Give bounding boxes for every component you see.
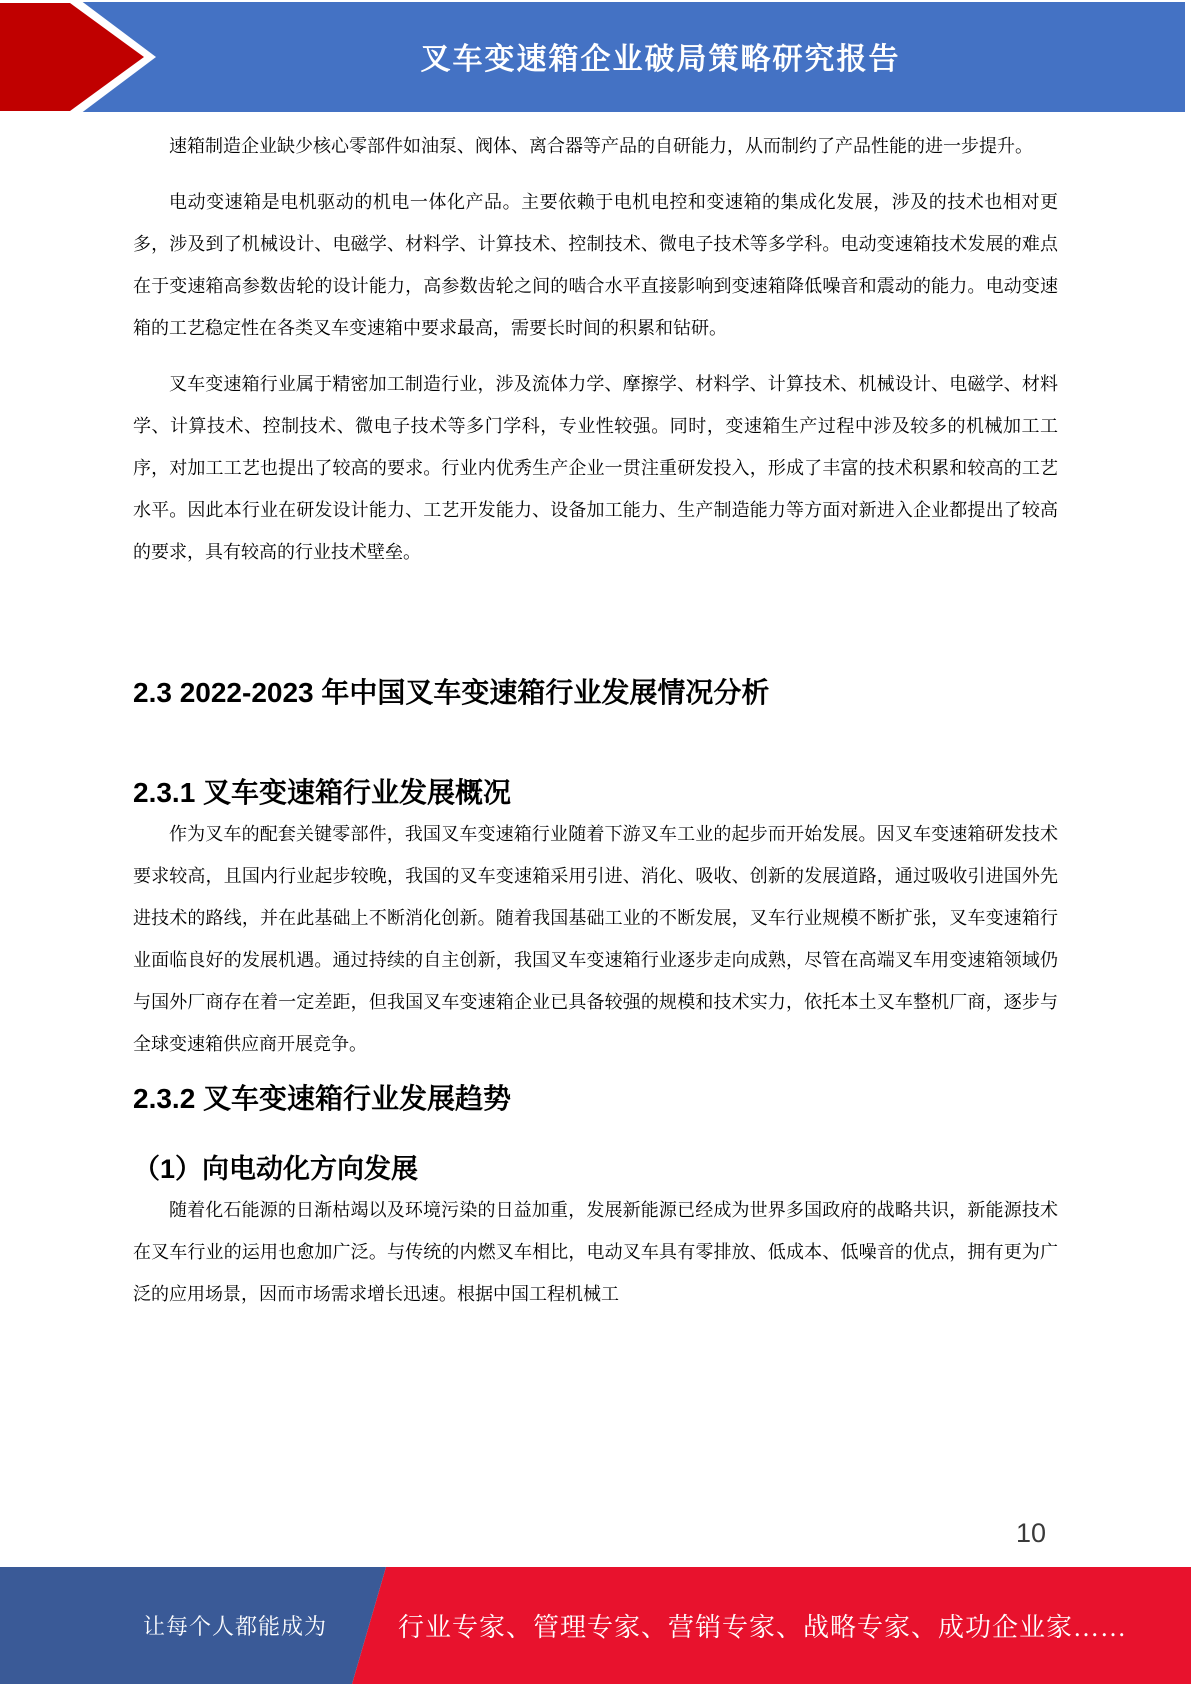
paragraph: 随着化石能源的日渐枯竭以及环境污染的日益加重，发展新能源已经成为世界多国政府的战… — [133, 1189, 1058, 1315]
document-page: 叉车变速箱企业破局策略研究报告 速箱制造企业缺少核心零部件如油泵、阀体、离合器等… — [0, 0, 1191, 1684]
footer-slogan-right: 行业专家、管理专家、营销专家、战略专家、成功企业家…… — [398, 1567, 1171, 1684]
paragraph: 速箱制造企业缺少核心零部件如油泵、阀体、离合器等产品的自研能力，从而制约了产品性… — [133, 125, 1058, 167]
section-heading-2-3: 2.3 2022-2023 年中国叉车变速箱行业发展情况分析 — [133, 673, 1058, 713]
paragraph: 叉车变速箱行业属于精密加工制造行业，涉及流体力学、摩擦学、材料学、计算技术、机械… — [133, 363, 1058, 573]
section-heading-2-3-1: 2.3.1 叉车变速箱行业发展概况 — [133, 773, 1058, 813]
section-heading-2-3-2: 2.3.2 叉车变速箱行业发展趋势 — [133, 1079, 1058, 1119]
subsection-heading-1: （1）向电动化方向发展 — [133, 1149, 1058, 1189]
paragraph: 作为叉车的配套关键零部件，我国叉车变速箱行业随着下游叉车工业的起步而开始发展。因… — [133, 813, 1058, 1065]
page-content: 速箱制造企业缺少核心零部件如油泵、阀体、离合器等产品的自研能力，从而制约了产品性… — [133, 0, 1058, 1329]
paragraph: 电动变速箱是电机驱动的机电一体化产品。主要依赖于电机电控和变速箱的集成化发展，涉… — [133, 181, 1058, 349]
page-number: 10 — [1016, 1518, 1046, 1549]
footer-slogan-left: 让每个人都能成为 — [145, 1567, 325, 1684]
footer-band: 让每个人都能成为 行业专家、管理专家、营销专家、战略专家、成功企业家…… — [0, 1567, 1191, 1684]
